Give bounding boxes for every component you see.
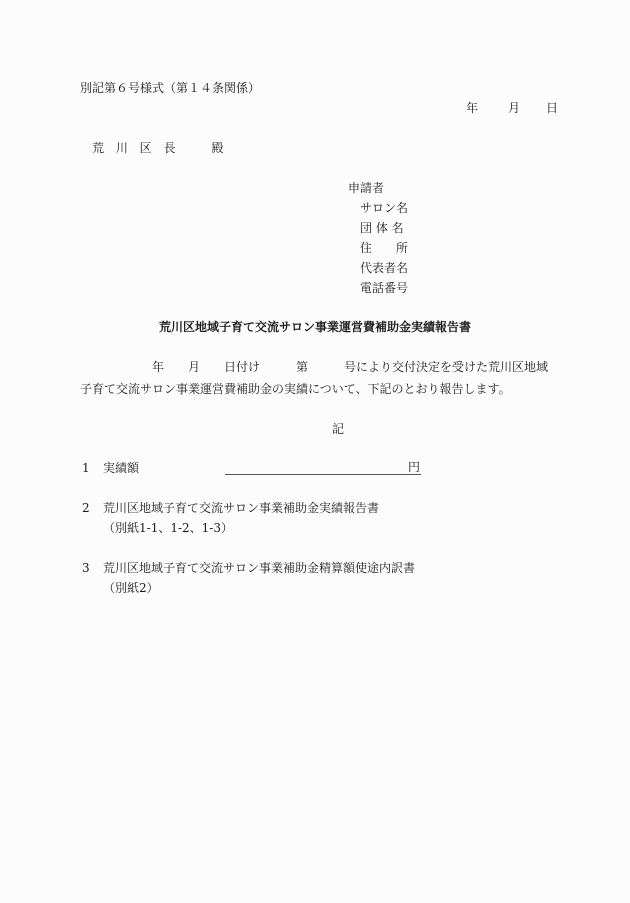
date-month-label: 月 xyxy=(508,102,520,114)
applicant-field-salon-name: サロン名 xyxy=(360,202,408,214)
item-3-attachment-note: （別紙2） xyxy=(103,582,159,594)
item-1-unit: 円 xyxy=(408,461,420,473)
applicant-field-phone: 電話番号 xyxy=(360,282,408,294)
date-year-label: 年 xyxy=(466,102,478,114)
applicant-field-group-name: 団 体 名 xyxy=(360,222,404,234)
applicant-field-address: 住 所 xyxy=(360,242,408,254)
date-line: 年月日 xyxy=(466,102,558,114)
item-1-label: 実績額 xyxy=(103,462,139,474)
document-title: 荒川区地域子育て交流サロン事業運営費補助金実績報告書 xyxy=(0,321,630,333)
date-day-label: 日 xyxy=(546,102,558,114)
form-identifier: 別記第６号様式（第１４条関係） xyxy=(80,82,260,94)
applicant-field-representative: 代表者名 xyxy=(360,262,408,274)
item-2-label: 荒川区地域子育て交流サロン事業補助金実績報告書 xyxy=(103,502,379,514)
addressee: 荒 川 区 長 殿 xyxy=(92,142,227,154)
ki-heading: 記 xyxy=(0,423,630,435)
item-1-number: 1 xyxy=(82,462,90,474)
item-3-number: 3 xyxy=(82,562,90,574)
applicant-heading: 申請者 xyxy=(348,182,384,194)
amount-input-line xyxy=(225,474,421,475)
item-2-number: 2 xyxy=(82,502,90,514)
body-text-line-2: 子育て交流サロン事業運営費補助金の実績について、下記のとおり報告します。 xyxy=(80,383,511,395)
item-2-attachment-note: （別紙1‐1、1‐2、1‐3） xyxy=(103,522,233,534)
item-3-label: 荒川区地域子育て交流サロン事業補助金精算額使途内訳書 xyxy=(103,562,415,574)
body-text-line-1: 年 月 日付け 第 号により交付決定を受けた荒川区地域 xyxy=(80,361,548,373)
